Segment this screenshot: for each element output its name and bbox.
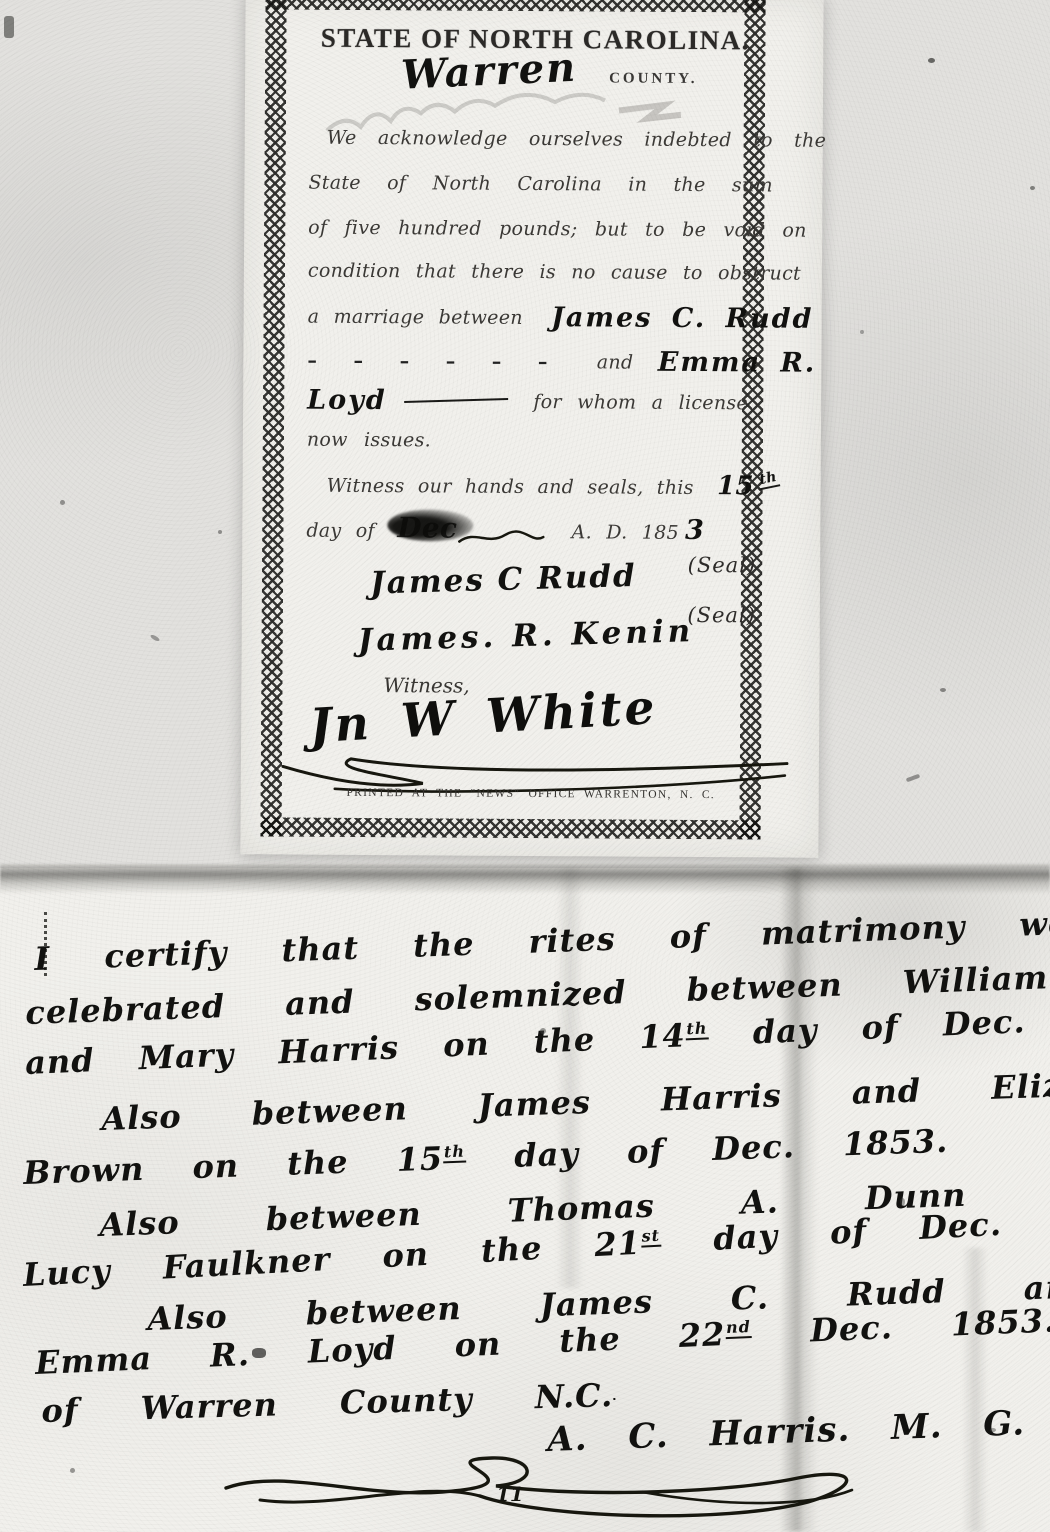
ornamental-border: STATE OF NORTH CAROLINA. Warren COUNTY. … (260, 0, 765, 839)
issues-line: now issues. (307, 429, 431, 452)
county-label: COUNTY. (609, 70, 697, 88)
body-line: condition that there is no cause to obst… (308, 260, 801, 285)
flourish-mark: 11 (496, 1482, 524, 1506)
line-sup: st (640, 1226, 661, 1248)
bond-form-content: STATE OF NORTH CAROLINA. Warren COUNTY. … (305, 5, 762, 820)
upper-page: STATE OF NORTH CAROLINA. Warren COUNTY. … (0, 0, 1050, 868)
border-ornament-left (260, 0, 286, 836)
bride-last-handwritten: Loyd (307, 385, 387, 416)
and-label: and (597, 351, 634, 373)
marriage-line-printed: a marriage between (308, 306, 523, 329)
scanned-document: STATE OF NORTH CAROLINA. Warren COUNTY. … (0, 0, 1050, 1532)
seal-label: (Seal) (687, 603, 756, 627)
pencil-scribble (319, 91, 739, 154)
bond-signature-1: James C Rudd (370, 558, 638, 602)
border-ornament-bottom (260, 817, 760, 839)
body-line: of five hundred pounds; but to be void o… (308, 217, 807, 242)
license-line: Loyd for whom a license (307, 383, 748, 417)
seal-label: (Seal) (688, 553, 757, 577)
line-text: day of Dec. 1853. (465, 1122, 948, 1177)
witness-line-printed: Witness our hands and seals, this (327, 475, 694, 499)
fill-dashes: – – – – – – (307, 350, 556, 374)
and-line: – – – – – – and Emma R. (307, 343, 816, 377)
line-sup (613, 1379, 616, 1400)
bride-first-handwritten: Emma R. (658, 347, 817, 379)
day-of-label: day of (306, 520, 375, 542)
body-line: State of North Carolina in the sum (308, 172, 772, 197)
pen-stroke (404, 398, 508, 403)
witness-signature: Jn W White (308, 680, 659, 754)
bond-form-paper: STATE OF NORTH CAROLINA. Warren COUNTY. … (240, 0, 823, 858)
day-number-handwritten: 15 (717, 471, 754, 501)
ad-label: A. D. 185 (572, 521, 680, 544)
line-sup: nd (725, 1317, 753, 1339)
signature-row: James. R. Kenin (Seal) (306, 617, 758, 656)
signature-row: James C Rudd (Seal) (306, 561, 758, 600)
marriage-line: a marriage between James C. Rudd (308, 299, 814, 333)
year-digit-handwritten: 3 (685, 515, 704, 546)
printer-imprint: PRINTED AT THE "NEWS" OFFICE WARRENTON, … (305, 787, 757, 802)
smudged-month: Dec (397, 511, 493, 545)
license-line-printed: for whom a license (533, 391, 748, 414)
ink-blot (387, 509, 473, 542)
line-sup: th (443, 1142, 467, 1164)
fold-shadow-top (0, 864, 1050, 894)
line-text: Brown on the 15 (23, 1139, 444, 1192)
groom-name-handwritten: James C. Rudd (551, 302, 813, 335)
date-line: day of Dec A. D. 1853 (306, 511, 704, 546)
day-suffix-handwritten: th (756, 468, 780, 490)
witness-seals-line: Witness our hands and seals, this 15th (307, 469, 780, 502)
bond-signature-2: James. R. Kenin (357, 613, 694, 659)
signature-flourish (212, 1450, 872, 1530)
line-text: of Warren County N.C. (41, 1376, 614, 1430)
certificate-line: of Warren County N.C. (41, 1376, 616, 1430)
line-sup: th (685, 1019, 709, 1041)
lower-page: I certify that the rites of matrimony we… (0, 868, 1050, 1532)
